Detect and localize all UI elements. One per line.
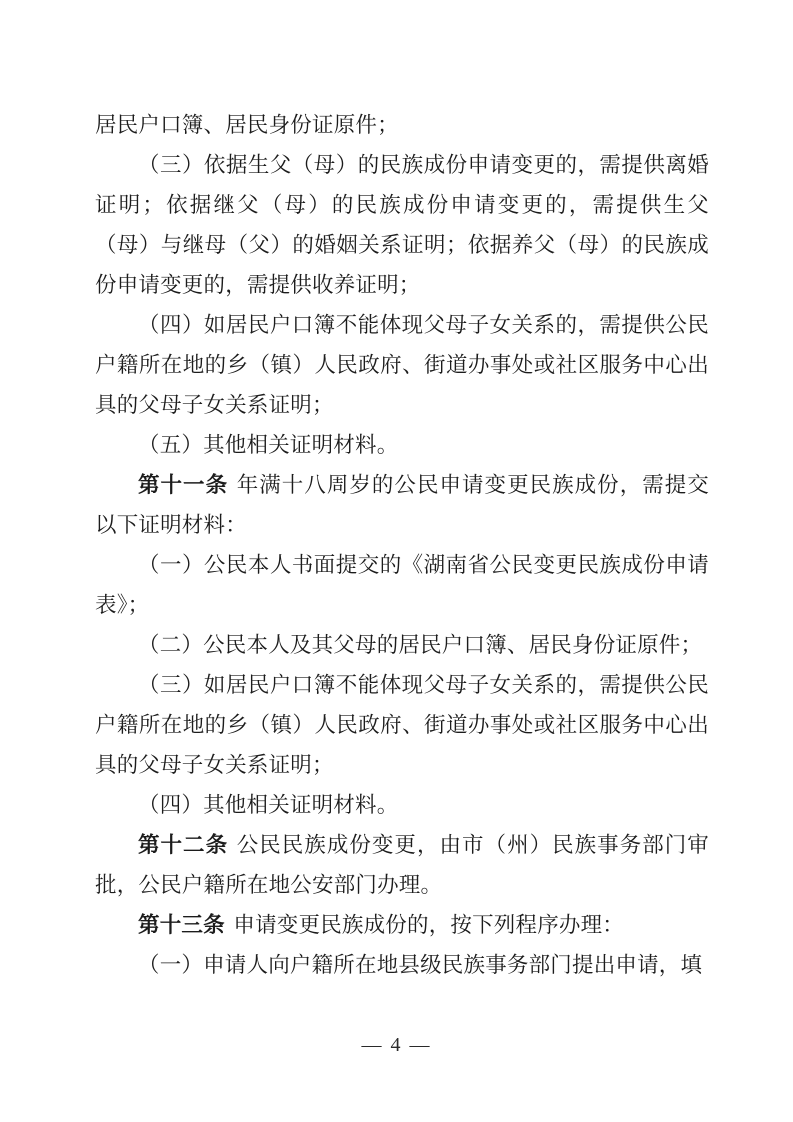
article-number-lead: 第十三条 xyxy=(138,913,225,937)
paragraph: （一）公民本人书面提交的《湖南省公民变更民族成份申请表》； xyxy=(95,545,709,625)
paragraph-text: 申请变更民族成份的，按下列程序办理： xyxy=(233,913,624,937)
paragraph: （五）其他相关证明材料。 xyxy=(95,425,709,465)
page-number: — 4 — xyxy=(0,1032,793,1058)
paragraph: 居民户口簿、居民身份证原件； xyxy=(95,105,709,145)
paragraph-text: 居民户口簿、居民身份证原件； xyxy=(95,113,399,137)
paragraph: （四）其他相关证明材料。 xyxy=(95,785,709,825)
paragraph-text: （一）申请人向户籍所在地县级民族事务部门提出申请，填 xyxy=(138,953,702,977)
document-page: 居民户口簿、居民身份证原件； （三）依据生父（母）的民族成份申请变更的，需提供离… xyxy=(0,0,793,1122)
paragraph-text: （四）其他相关证明材料。 xyxy=(138,793,398,817)
paragraph-text: （四）如居民户口簿不能体现父母子女关系的，需提供公民户籍所在地的乡（镇）人民政府… xyxy=(95,313,709,417)
paragraph-text: （三）如居民户口簿不能体现父母子女关系的，需提供公民户籍所在地的乡（镇）人民政府… xyxy=(95,673,709,777)
paragraph-text: （五）其他相关证明材料。 xyxy=(138,433,398,457)
paragraph-article-12: 第十二条公民民族成份变更，由市（州）民族事务部门审批，公民户籍所在地公安部门办理… xyxy=(95,825,709,905)
paragraph: （一）申请人向户籍所在地县级民族事务部门提出申请，填 xyxy=(95,945,709,985)
paragraph: （二）公民本人及其父母的居民户口簿、居民身份证原件； xyxy=(95,625,709,665)
article-number-lead: 第十一条 xyxy=(138,473,228,497)
paragraph: （三）依据生父（母）的民族成份申请变更的，需提供离婚证明；依据继父（母）的民族成… xyxy=(95,145,709,305)
paragraph-text: （一）公民本人书面提交的《湖南省公民变更民族成份申请表》； xyxy=(95,553,709,617)
paragraph-text: （二）公民本人及其父母的居民户口簿、居民身份证原件； xyxy=(138,633,702,657)
document-body: 居民户口簿、居民身份证原件； （三）依据生父（母）的民族成份申请变更的，需提供离… xyxy=(95,105,709,985)
paragraph-article-11: 第十一条年满十八周岁的公民申请变更民族成份，需提交以下证明材料： xyxy=(95,465,709,545)
paragraph: （三）如居民户口簿不能体现父母子女关系的，需提供公民户籍所在地的乡（镇）人民政府… xyxy=(95,665,709,785)
paragraph-article-13: 第十三条申请变更民族成份的，按下列程序办理： xyxy=(95,905,709,945)
article-number-lead: 第十二条 xyxy=(138,833,228,857)
paragraph: （四）如居民户口簿不能体现父母子女关系的，需提供公民户籍所在地的乡（镇）人民政府… xyxy=(95,305,709,425)
paragraph-text: （三）依据生父（母）的民族成份申请变更的，需提供离婚证明；依据继父（母）的民族成… xyxy=(95,153,709,297)
